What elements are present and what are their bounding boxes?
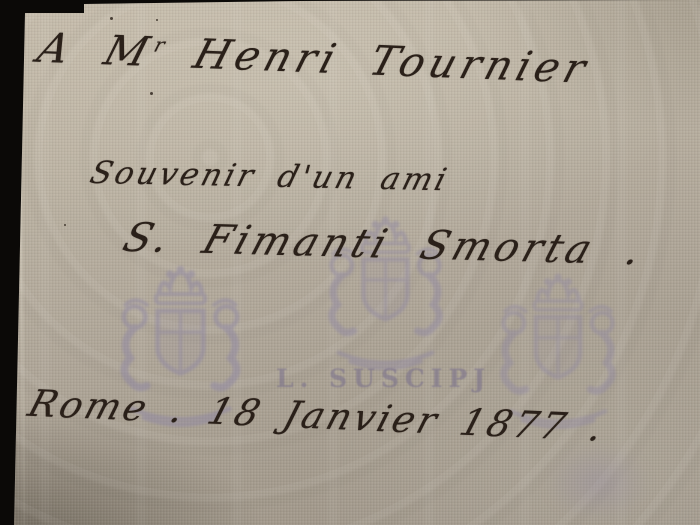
ink-speck [64,224,66,226]
photo-of-manuscript: L. SUSCIPJ A Mr Henri Tournier Souvenir … [0,0,700,525]
paper-edge-highlight [17,10,25,525]
ink-speck [156,19,158,21]
inscription-line: Souvenir d'un ami [86,155,453,198]
dedication-prefix: A M [32,24,159,76]
watermark-smudge [545,443,650,521]
coat-of-arms-watermark-icon [298,183,473,403]
signature-line: S. Fimanti Smorta . [118,215,651,274]
ink-speck [110,17,113,20]
dedication-name: Henri Tournier [156,29,596,93]
ink-speck [150,92,153,95]
watermark-stamp-text: L. SUSCIPJ [276,364,491,393]
paper-sheet: L. SUSCIPJ A Mr Henri Tournier Souvenir … [0,0,700,525]
dedication-line: A Mr Henri Tournier [32,24,596,93]
date-line: Rome . 18 Janvier 1877 . [23,382,611,450]
